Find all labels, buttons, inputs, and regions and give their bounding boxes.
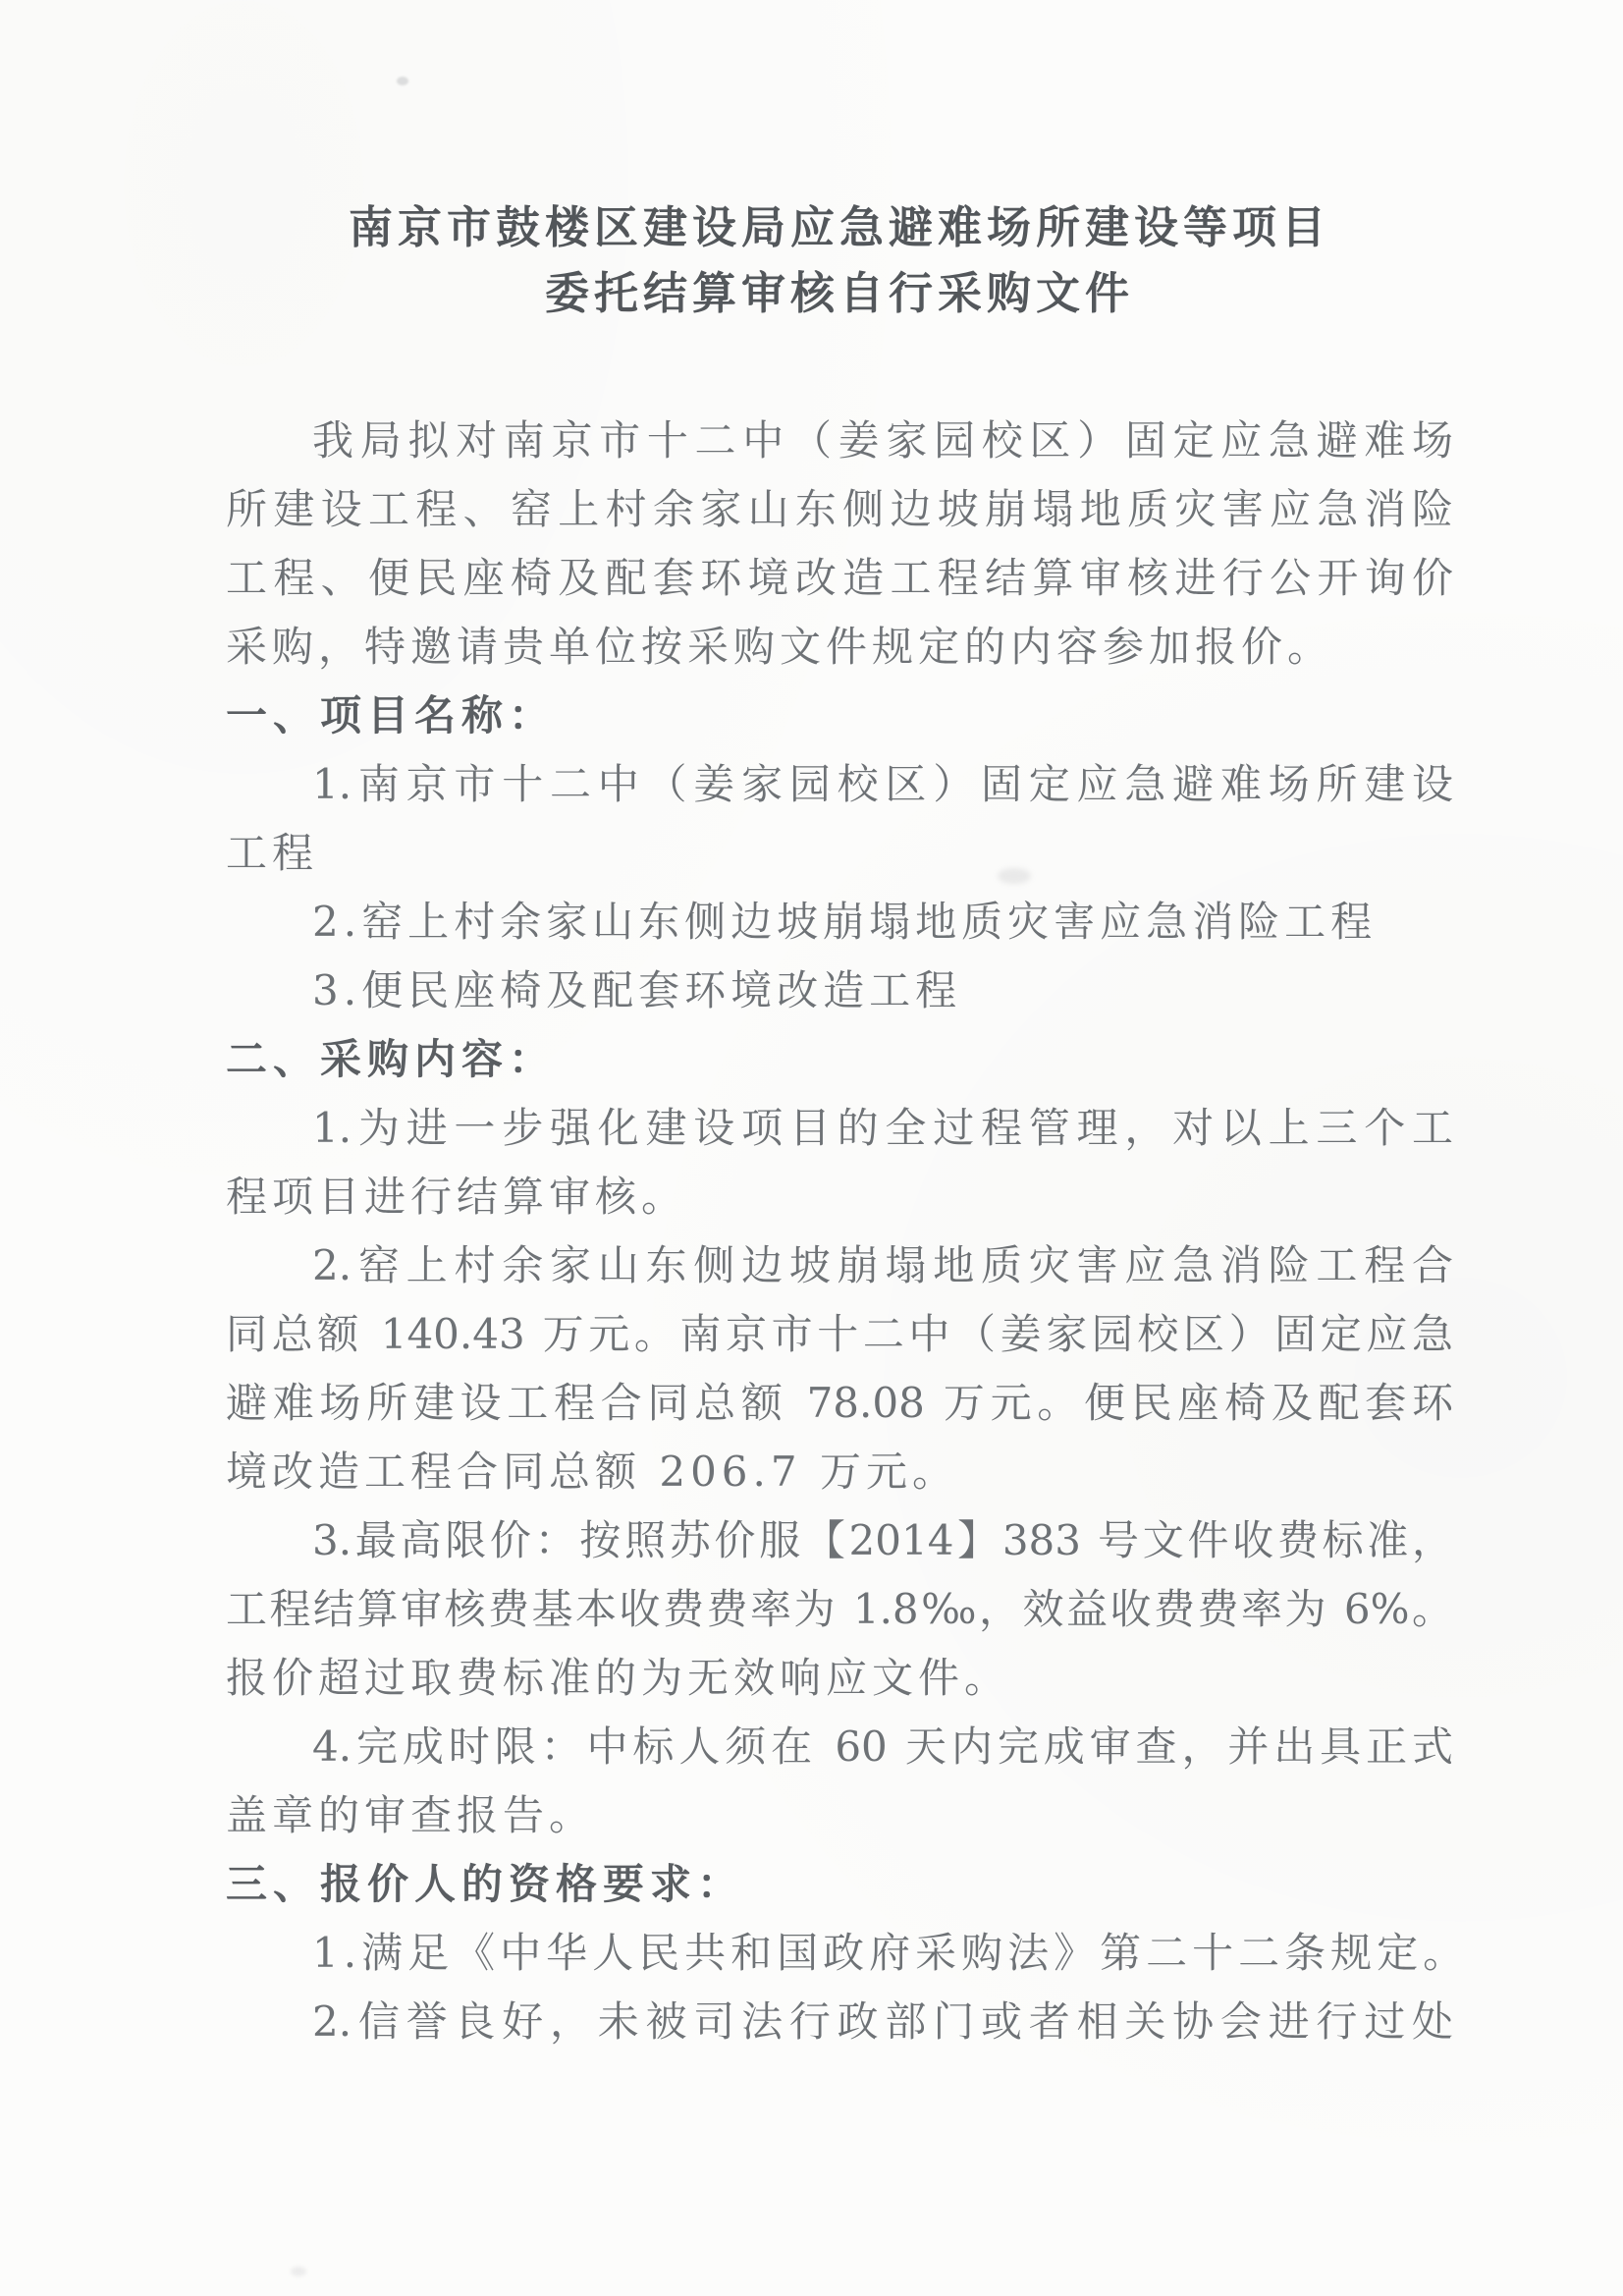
intro-line-2: 所建设工程、窑上村余家山东侧边坡崩塌地质灾害应急消险 [226, 475, 1453, 544]
content-item-4-line-1: 4.完成时限：中标人须在 60 天内完成审查，并出具正式 [226, 1713, 1453, 1781]
content-item-3-line-2: 工程结算审核费基本收费费率为 1.8‰，效益收费费率为 6%。 [226, 1575, 1453, 1644]
intro-line-3: 工程、便民座椅及配套环境改造工程结算审核进行公开询价 [226, 544, 1453, 613]
document-title: 南京市鼓楼区建设局应急避难场所建设等项目 委托结算审核自行采购文件 [226, 194, 1453, 326]
scan-artifact [291, 2267, 306, 2276]
section-2-heading: 二、采购内容： [226, 1025, 1453, 1094]
document-body: 我局拟对南京市十二中（姜家园校区）固定应急避难场 所建设工程、窑上村余家山东侧边… [226, 407, 1453, 2056]
qualification-item-1: 1.满足《中华人民共和国政府采购法》第二十二条规定。 [226, 1919, 1453, 1988]
section-1-heading: 一、项目名称： [226, 682, 1453, 750]
content-item-1-line-2: 程项目进行结算审核。 [226, 1163, 1453, 1231]
content-item-2-line-4: 境改造工程合同总额 206.7 万元。 [226, 1438, 1453, 1506]
content-item-3-line-1: 3.最高限价：按照苏价服【2014】383 号文件收费标准， [226, 1506, 1453, 1575]
content-item-3-line-3: 报价超过取费标准的为无效响应文件。 [226, 1644, 1453, 1713]
content-item-2-line-2: 同总额 140.43 万元。南京市十二中（姜家园校区）固定应急 [226, 1300, 1453, 1369]
project-item-1-line-2: 工程 [226, 819, 1453, 888]
project-item-1-line-1: 1.南京市十二中（姜家园校区）固定应急避难场所建设 [226, 750, 1453, 819]
scanned-document-page: 南京市鼓楼区建设局应急避难场所建设等项目 委托结算审核自行采购文件 我局拟对南京… [0, 0, 1623, 2296]
intro-line-1: 我局拟对南京市十二中（姜家园校区）固定应急避难场 [226, 407, 1453, 475]
content-item-1-line-1: 1.为进一步强化建设项目的全过程管理，对以上三个工 [226, 1094, 1453, 1163]
content-item-4-line-2: 盖章的审查报告。 [226, 1781, 1453, 1850]
project-item-2: 2.窑上村余家山东侧边坡崩塌地质灾害应急消险工程 [226, 888, 1453, 957]
qualification-item-2: 2.信誉良好，未被司法行政部门或者相关协会进行过处 [226, 1988, 1453, 2056]
project-item-3: 3.便民座椅及配套环境改造工程 [226, 957, 1453, 1025]
content-item-2-line-3: 避难场所建设工程合同总额 78.08 万元。便民座椅及配套环 [226, 1369, 1453, 1438]
section-3-heading: 三、报价人的资格要求： [226, 1850, 1453, 1919]
intro-line-4: 采购，特邀请贵单位按采购文件规定的内容参加报价。 [226, 613, 1453, 682]
content-item-2-line-1: 2.窑上村余家山东侧边坡崩塌地质灾害应急消险工程合 [226, 1231, 1453, 1300]
doc-title-line-1: 南京市鼓楼区建设局应急避难场所建设等项目 [226, 194, 1453, 260]
doc-title-line-2: 委托结算审核自行采购文件 [226, 260, 1453, 326]
scan-artifact [397, 77, 408, 85]
